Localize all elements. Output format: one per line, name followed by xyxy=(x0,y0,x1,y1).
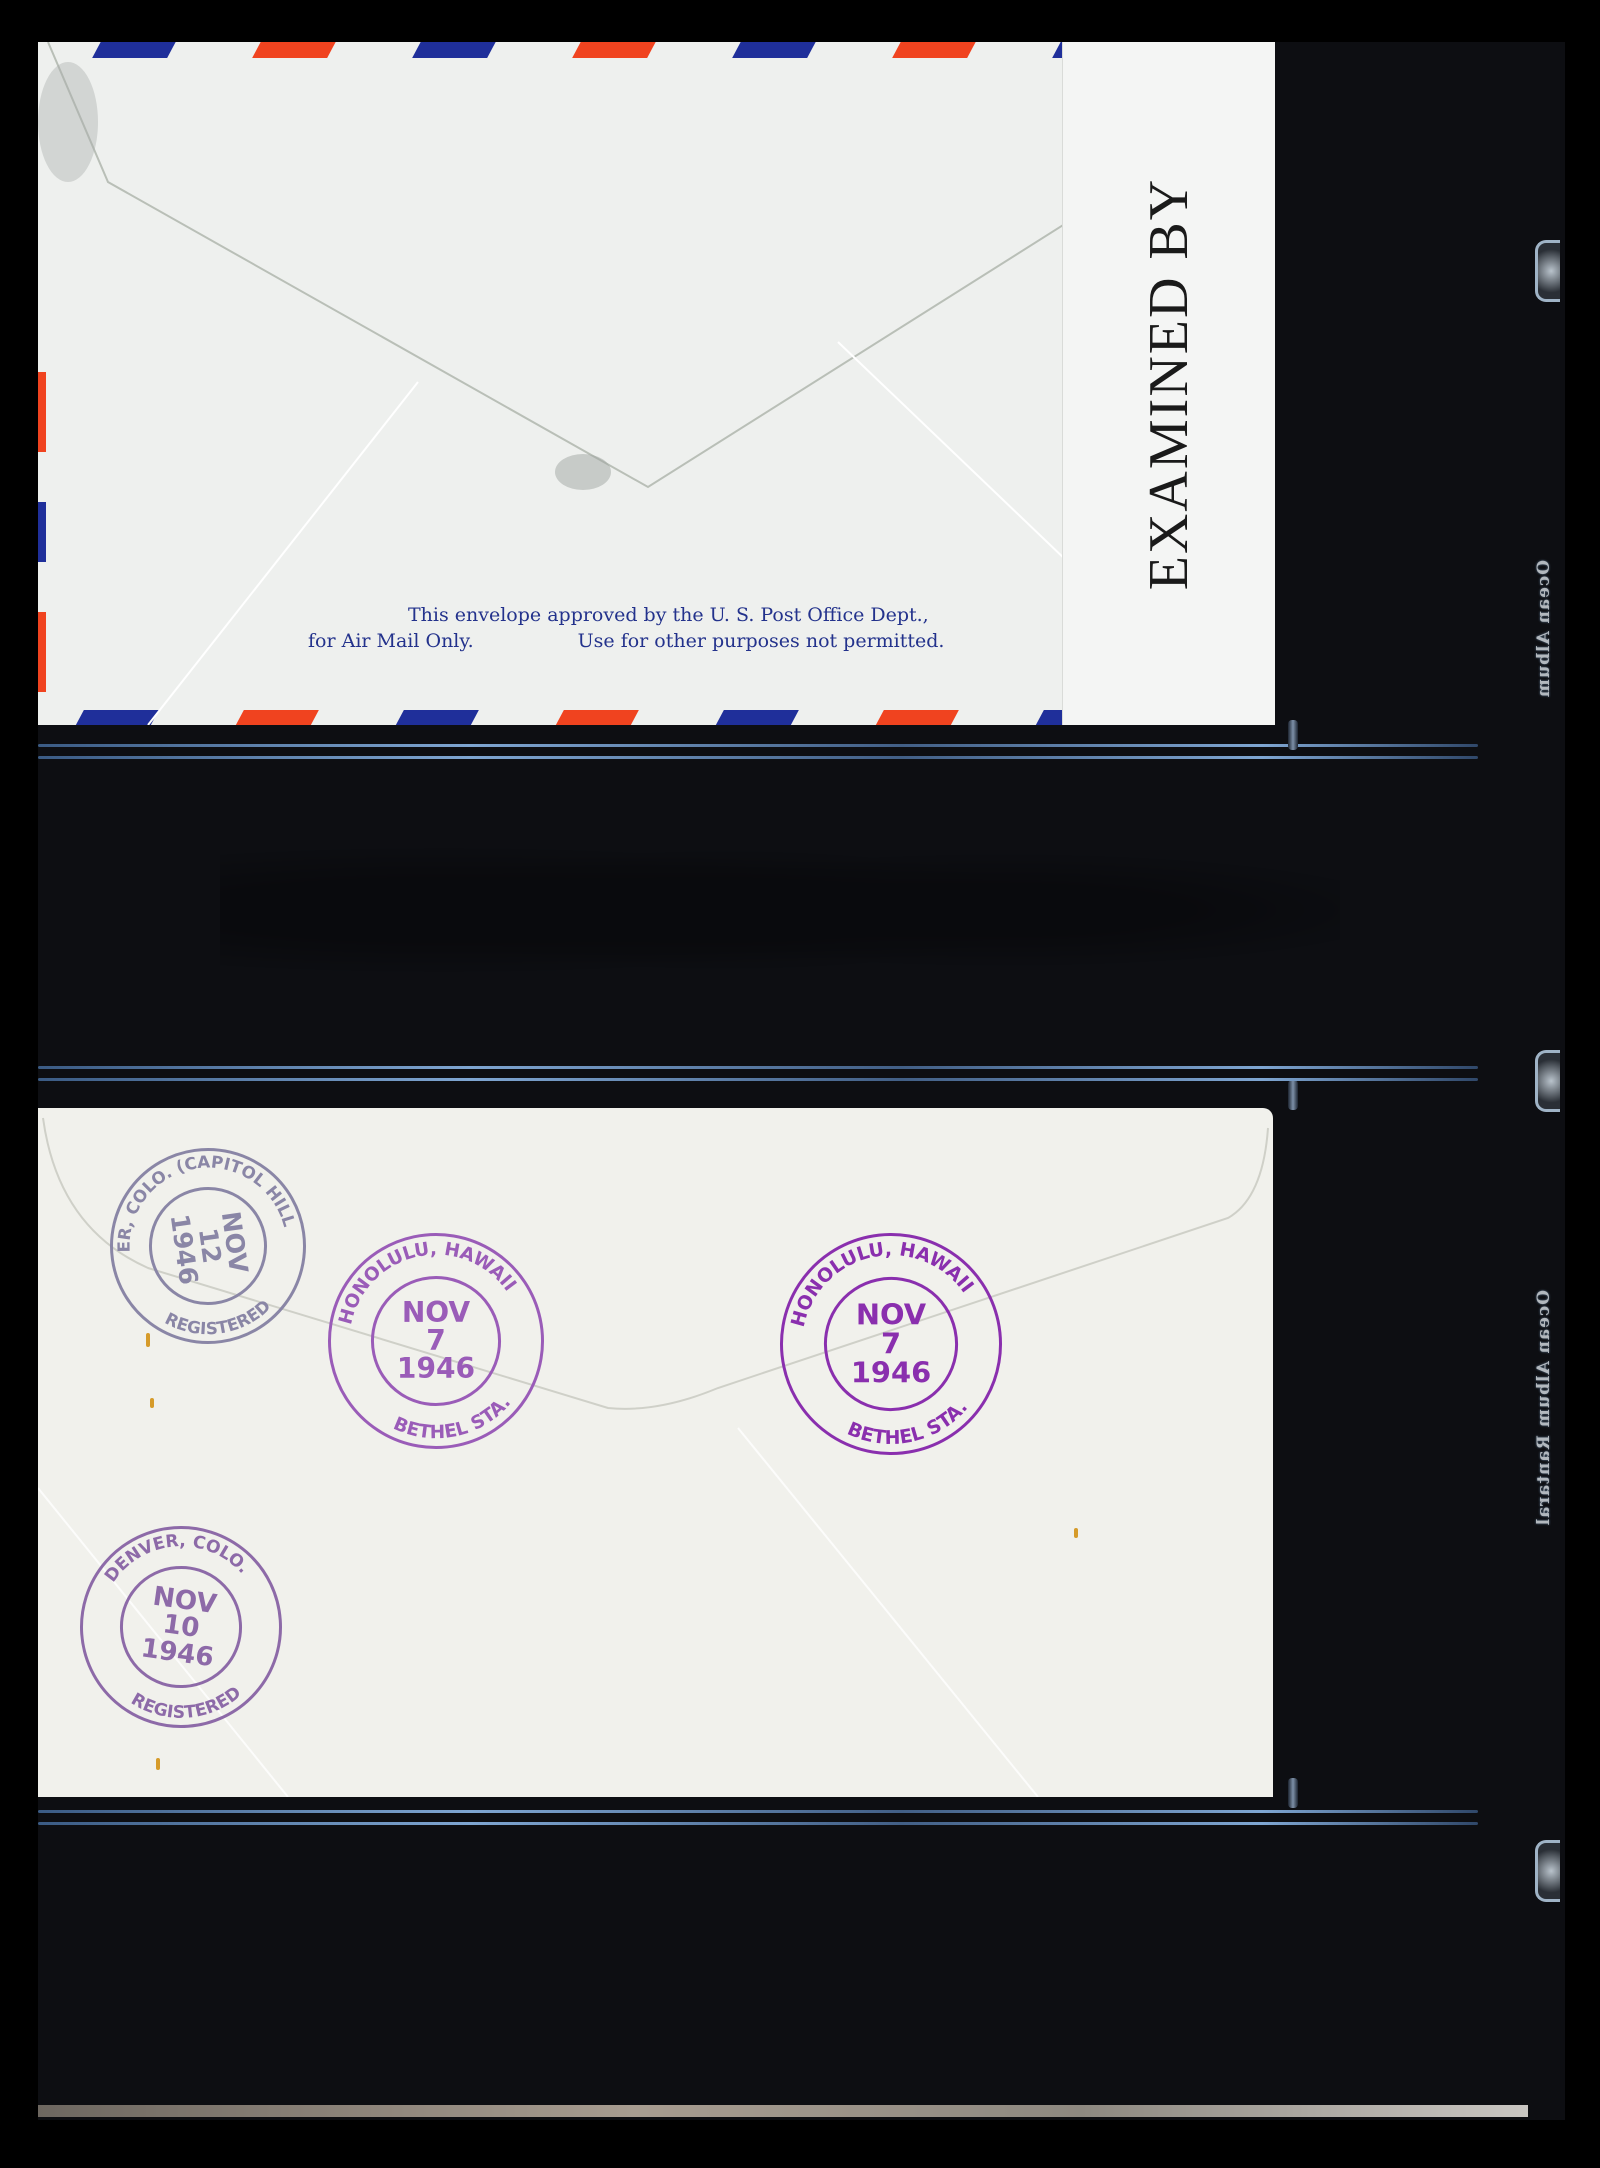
binder-ring-icon xyxy=(1535,1840,1560,1902)
postmark-date: NOV101946 xyxy=(139,1583,222,1671)
postmark-denver-colo: DENVER, COLO.REGISTEREDNOV101946 xyxy=(73,1519,289,1735)
airmail-note-line2-left: for Air Mail Only. xyxy=(308,628,474,654)
binder-ring-icon xyxy=(1535,240,1560,302)
album-brand-lower: Ocean Album Rantaral xyxy=(1534,1290,1558,1526)
postmark-date-month: NOV xyxy=(851,1301,931,1330)
censor-tape-text: EXAMINED BY xyxy=(1137,177,1201,589)
airmail-approval-note: This envelope approved by the U. S. Post… xyxy=(308,602,1048,654)
strip-rail xyxy=(38,1808,1478,1828)
postmark-denver-capitol-hill: DENVER, COLO. (CAPITOL HILL STA.)REGISTE… xyxy=(97,1135,318,1356)
reflection-smudge xyxy=(220,800,1340,1020)
strip-rail xyxy=(38,742,1478,762)
svg-text:DENVER, COLO.: DENVER, COLO. xyxy=(98,1526,254,1587)
airmail-note-line1: This envelope approved by the U. S. Post… xyxy=(308,602,1048,628)
postmark-date: NOV121946 xyxy=(165,1206,251,1287)
strip-rail xyxy=(38,1064,1478,1084)
ink-stain xyxy=(150,1398,154,1408)
postmark-date: NOV71946 xyxy=(397,1299,475,1383)
album-brand-mirrored: Ocean Album xyxy=(1534,560,1558,698)
postmark-date-day: 7 xyxy=(851,1330,931,1359)
registered-cover: DENVER, COLO. (CAPITOL HILL STA.)REGISTE… xyxy=(38,1108,1273,1797)
postmark-date-year: 1946 xyxy=(397,1355,475,1383)
ink-stain xyxy=(156,1758,160,1770)
postmark-date-month: NOV xyxy=(397,1299,475,1327)
postmark-date-day: 7 xyxy=(397,1327,475,1355)
binder-ring-icon xyxy=(1535,1050,1560,1112)
postmark-date-year: 1946 xyxy=(851,1358,931,1387)
svg-text:REGISTERED: REGISTERED xyxy=(126,1682,246,1727)
postmark-date: NOV71946 xyxy=(851,1301,931,1388)
censor-tape: EXAMINED BY xyxy=(1062,42,1275,725)
postmark-honolulu-bethel: HONOLULU, HAWAIIBETHEL STA.NOV71946 xyxy=(759,1212,1022,1475)
page-bottom-edge xyxy=(38,2105,1528,2117)
ink-stain xyxy=(1074,1528,1078,1538)
airmail-note-line2-right: Use for other purposes not permitted. xyxy=(578,628,945,654)
postmark-honolulu-bethel: HONOLULU, HAWAIIBETHEL STA.NOV71946 xyxy=(308,1213,564,1469)
airmail-cover: This envelope approved by the U. S. Post… xyxy=(38,42,1275,725)
